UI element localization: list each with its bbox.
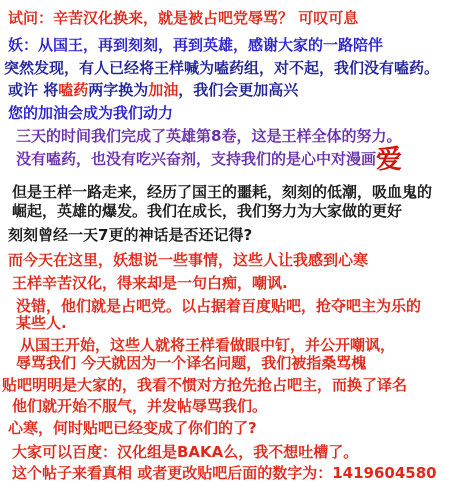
text-segment: 您的加油会成为我们动力 — [8, 104, 173, 122]
text-line: 某些人. — [0, 315, 450, 331]
text-segment: 或许 将 — [8, 81, 58, 99]
text-line: 大家可以百度：汉化组是BAKA么，我不想吐槽了。 — [0, 444, 450, 460]
text-line: 而今天在这里，妖想说一些事情，这些人让我感到心寒 — [0, 252, 450, 268]
text-segment: 试问：辛苦汉化换来，就是被占吧党辱骂？ 可叹可息 — [8, 9, 358, 27]
text-segment: 加油 — [148, 81, 178, 99]
text-line: 王样辛苦汉化，得来却是一句白痴，嘲讽. — [0, 275, 450, 291]
text-line: 没错，他们就是占吧党。以占据着百度贴吧，抢夺吧主为乐的 — [0, 298, 450, 314]
emphasis-char: 爱 — [376, 145, 402, 175]
text-segment: 突然发现，有人已经将王样喊为嗑药组，对不起，我们没有嗑药。 — [4, 59, 439, 77]
text-line: 刻刻曾经一天7更的神话是否还记得? — [0, 227, 450, 243]
text-segment: 这个帖子来看真相 或者更改贴吧后面的数字为：1419604580 — [12, 464, 437, 482]
text-line: 但是王样一路走来，经历了国王的噩耗，刻刻的低潮，吸血鬼的 — [0, 184, 450, 200]
text-segment: 没错，他们就是占吧党。以占据着百度贴吧，抢夺吧主为乐的 — [16, 297, 421, 315]
text-line: 从国王开始，这些人就将王样看做眼中钉，并公开嘲讽， — [0, 337, 450, 353]
text-line: 您的加油会成为我们动力 — [0, 105, 450, 121]
text-segment: 辱骂我们 今天就因为一个译名问题，我们被指桑骂槐 — [16, 354, 366, 372]
text-segment: 妖：从国王，再到刻刻，再到英雄，感谢大家的一路陪伴 — [8, 36, 383, 54]
text-line: 没有嗑药，也没有吃兴奋剂，支持我们的是心中对漫画爱 — [0, 151, 450, 179]
text-line: 妖：从国王，再到刻刻，再到英雄，感谢大家的一路陪伴 — [0, 37, 450, 53]
text-line: 崛起，英雄的爆发。我们在成长，我们努力为大家做的更好 — [0, 203, 450, 219]
text-segment: ，我们会更加高兴 — [178, 81, 298, 99]
text-segment: 大家可以百度：汉化组是BAKA么，我不想吐槽了。 — [12, 443, 358, 461]
text-line: 突然发现，有人已经将王样喊为嗑药组，对不起，我们没有嗑药。 — [0, 60, 450, 76]
text-line: 心寒，何时贴吧已经变成了你们的了? — [0, 420, 450, 436]
text-line: 试问：辛苦汉化换来，就是被占吧党辱骂？ 可叹可息 — [0, 10, 450, 26]
text-line: 这个帖子来看真相 或者更改贴吧后面的数字为：1419604580 — [0, 465, 450, 481]
text-segment: 贴吧明明是大家的，我看不惯对方抢先抢占吧主，而换了译名 — [2, 376, 407, 394]
text-segment: 心寒，何时贴吧已经变成了你们的了? — [8, 419, 257, 437]
text-segment: 他们就开始不服气，并发帖辱骂我们。 — [12, 397, 267, 415]
text-segment: 但是王样一路走来，经历了国王的噩耗，刻刻的低潮，吸血鬼的 — [12, 183, 432, 201]
text-line: 贴吧明明是大家的，我看不惯对方抢先抢占吧主，而换了译名 — [0, 377, 450, 393]
text-segment: 刻刻曾经一天7更的神话是否还记得? — [8, 226, 252, 244]
post-image: 试问：辛苦汉化换来，就是被占吧党辱骂？ 可叹可息妖：从国王，再到刻刻，再到英雄，… — [0, 0, 450, 500]
text-line: 或许 将嗑药两字换为加油，我们会更加高兴 — [0, 82, 450, 98]
text-segment: 而今天在这里，妖想说一些事情，这些人让我感到心寒 — [8, 251, 368, 269]
text-line: 他们就开始不服气，并发帖辱骂我们。 — [0, 398, 450, 414]
text-segment: 从国王开始，这些人就将王样看做眼中钉，并公开嘲讽， — [20, 336, 395, 354]
text-segment: 某些人. — [16, 314, 67, 332]
post-text: 试问：辛苦汉化换来，就是被占吧党辱骂？ 可叹可息妖：从国王，再到刻刻，再到英雄，… — [0, 10, 450, 481]
text-segment: 两字换为 — [88, 81, 148, 99]
text-segment: 王样辛苦汉化，得来却是一句白痴，嘲讽. — [12, 274, 288, 292]
text-line: 辱骂我们 今天就因为一个译名问题，我们被指桑骂槐 — [0, 355, 450, 371]
text-segment: 没有嗑药，也没有吃兴奋剂，支持我们的是心中对漫画 — [16, 150, 376, 168]
text-line: 三天的时间我们完成了英雄第8卷，这是王样全体的努力。 — [0, 128, 450, 144]
text-segment: 嗑药 — [58, 81, 88, 99]
text-segment: 三天的时间我们完成了英雄第8卷，这是王样全体的努力。 — [16, 127, 401, 145]
text-segment: 崛起，英雄的爆发。我们在成长，我们努力为大家做的更好 — [12, 202, 402, 220]
